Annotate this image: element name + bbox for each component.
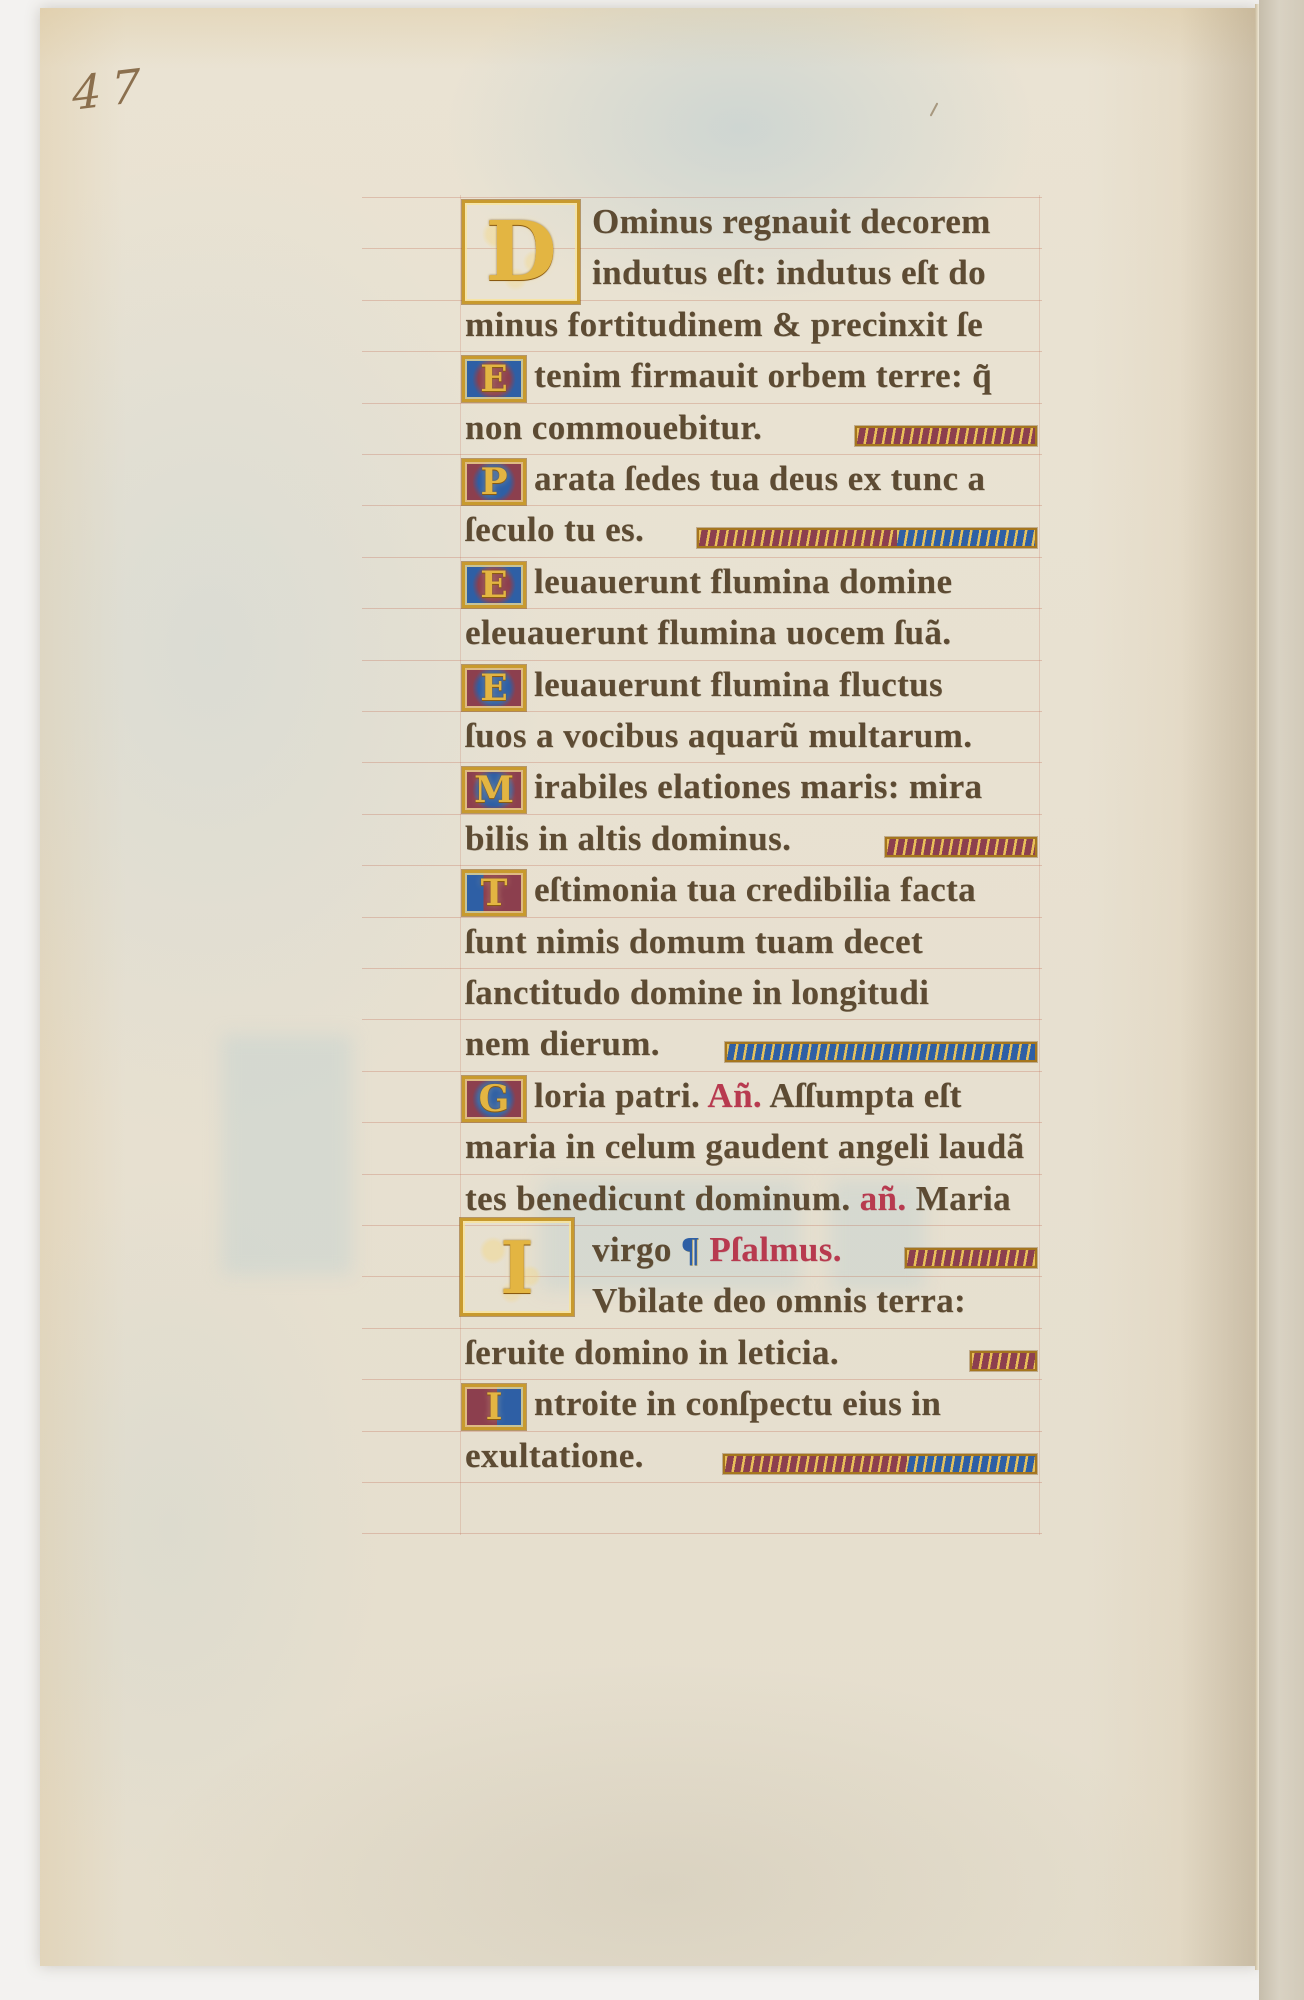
rubric-text: Pſalmus. (700, 1230, 842, 1269)
text-segment: non commouebitur. (465, 408, 762, 447)
ruling-line-vertical (1039, 195, 1040, 1535)
ruling-line (362, 197, 1042, 198)
text-segment: ſeculo tu es. (465, 510, 644, 549)
illuminated-initial: I (460, 1218, 574, 1316)
filler-blue-segment (897, 530, 1035, 546)
show-through-patch (222, 1035, 352, 1275)
filler-red-segment (887, 839, 1035, 855)
text-line: leuauerunt flumina domine (534, 559, 952, 609)
text-segment: indutus eſt: indutus eſt do (592, 253, 986, 292)
text-line: ſeruite domino in leticia. (465, 1330, 839, 1380)
text-segment: Ominus regnauit decorem (592, 202, 991, 241)
filler-red-segment (699, 530, 897, 546)
text-line: tenim firmauit orbem terre: q̃ (534, 353, 992, 403)
ruling-line (362, 1533, 1042, 1534)
line-filler-ornament (885, 837, 1037, 857)
text-line: minus fortitudinem & precinxit ſe (465, 302, 983, 352)
text-segment: nem dierum. (465, 1024, 660, 1063)
filler-red-segment (857, 428, 1035, 444)
text-line: ntroite in conſpectu eius in (534, 1381, 941, 1431)
text-segment: Vbilate deo omnis terra: (592, 1281, 966, 1320)
manuscript-photo: 47 Ominus regnauit decoremDindutus eſt: … (0, 0, 1304, 2000)
text-line: ſuos a vocibus aquarũ multarum. (465, 713, 972, 763)
line-filler-ornament (725, 1042, 1037, 1062)
text-line: ſeculo tu es. (465, 507, 644, 557)
text-segment: tenim firmauit orbem terre: q̃ (534, 356, 992, 395)
text-segment: maria in celum gaudent angeli laudã (465, 1127, 1024, 1166)
line-filler-ornament (723, 1454, 1037, 1474)
ruling-line (362, 557, 1042, 558)
text-segment: ſunt nimis domum tuam decet (465, 922, 923, 961)
text-segment: leuauerunt flumina fluctus (534, 665, 943, 704)
text-segment: eleuauerunt flumina uocem ſuã. (465, 613, 951, 652)
text-line: irabiles elationes maris: mira (534, 764, 982, 814)
text-segment: irabiles elationes maris: mira (534, 767, 982, 806)
illuminated-initial: M (462, 767, 526, 813)
adjacent-page-edge (1259, 0, 1304, 2000)
text-line: non commouebitur. (465, 405, 762, 455)
text-segment: virgo (592, 1230, 681, 1269)
filler-blue-segment (727, 1044, 1035, 1060)
filler-red-segment (725, 1456, 907, 1472)
text-segment: Aſſumpta eſt (762, 1076, 962, 1115)
text-line: loria patri. Añ. Aſſumpta eſt (534, 1073, 962, 1123)
line-filler-ornament (905, 1248, 1037, 1268)
text-segment: minus fortitudinem & precinxit ſe (465, 305, 983, 344)
text-segment: bilis in altis dominus. (465, 819, 791, 858)
text-line: eſtimonia tua credibilia facta (534, 867, 976, 917)
text-line: arata ſedes tua deus ex tunc a (534, 456, 985, 506)
line-filler-ornament (970, 1351, 1037, 1371)
text-segment: Maria (907, 1179, 1011, 1218)
gutter-shadow (1180, 8, 1258, 1966)
illuminated-initial: D (462, 200, 580, 304)
text-segment: ſuos a vocibus aquarũ multarum. (465, 716, 972, 755)
illuminated-initial: E (462, 356, 526, 402)
ruling-line (362, 1482, 1042, 1483)
text-line: Ominus regnauit decorem (592, 199, 991, 249)
text-line: exultatione. (465, 1433, 644, 1483)
ruling-line (362, 1071, 1042, 1072)
text-line: ſunt nimis domum tuam decet (465, 919, 923, 969)
line-filler-ornament (855, 426, 1037, 446)
filler-blue-segment (907, 1456, 1035, 1472)
text-segment: leuauerunt flumina domine (534, 562, 952, 601)
paraph-icon: ¶ (681, 1230, 700, 1269)
illuminated-initial: T (462, 870, 526, 916)
text-segment: ntroite in conſpectu eius in (534, 1384, 941, 1423)
folio-number: 47 (72, 61, 151, 117)
text-segment: exultatione. (465, 1436, 644, 1475)
text-line: virgo ¶ Pſalmus. (592, 1227, 842, 1277)
text-line: bilis in altis dominus. (465, 816, 791, 866)
text-segment: arata ſedes tua deus ex tunc a (534, 459, 985, 498)
filler-red-segment (907, 1250, 1035, 1266)
text-line: maria in celum gaudent angeli laudã (465, 1124, 1024, 1174)
ruling-line-vertical (460, 195, 461, 1535)
text-segment: tes benedicunt dominum. (465, 1179, 860, 1218)
text-segment: ſanctitudo domine in longitudi (465, 973, 929, 1012)
illuminated-initial: E (462, 665, 526, 711)
text-segment: ſeruite domino in leticia. (465, 1333, 839, 1372)
illuminated-initial: E (462, 562, 526, 608)
text-line: Vbilate deo omnis terra: (592, 1278, 966, 1328)
line-filler-ornament (697, 528, 1037, 548)
illuminated-initial: G (462, 1076, 526, 1122)
text-segment: eſtimonia tua credibilia facta (534, 870, 976, 909)
text-line: leuauerunt flumina fluctus (534, 662, 943, 712)
text-segment: loria patri. (534, 1076, 707, 1115)
rubric-text: Añ. (707, 1076, 762, 1115)
filler-red-segment (972, 1353, 1035, 1369)
text-line: indutus eſt: indutus eſt do (592, 250, 986, 300)
text-line: ſanctitudo domine in longitudi (465, 970, 929, 1020)
illuminated-initial: I (462, 1384, 526, 1430)
text-line: eleuauerunt flumina uocem ſuã. (465, 610, 951, 660)
text-line: nem dierum. (465, 1021, 660, 1071)
rubric-text: añ. (860, 1179, 907, 1218)
illuminated-initial: P (462, 459, 526, 505)
